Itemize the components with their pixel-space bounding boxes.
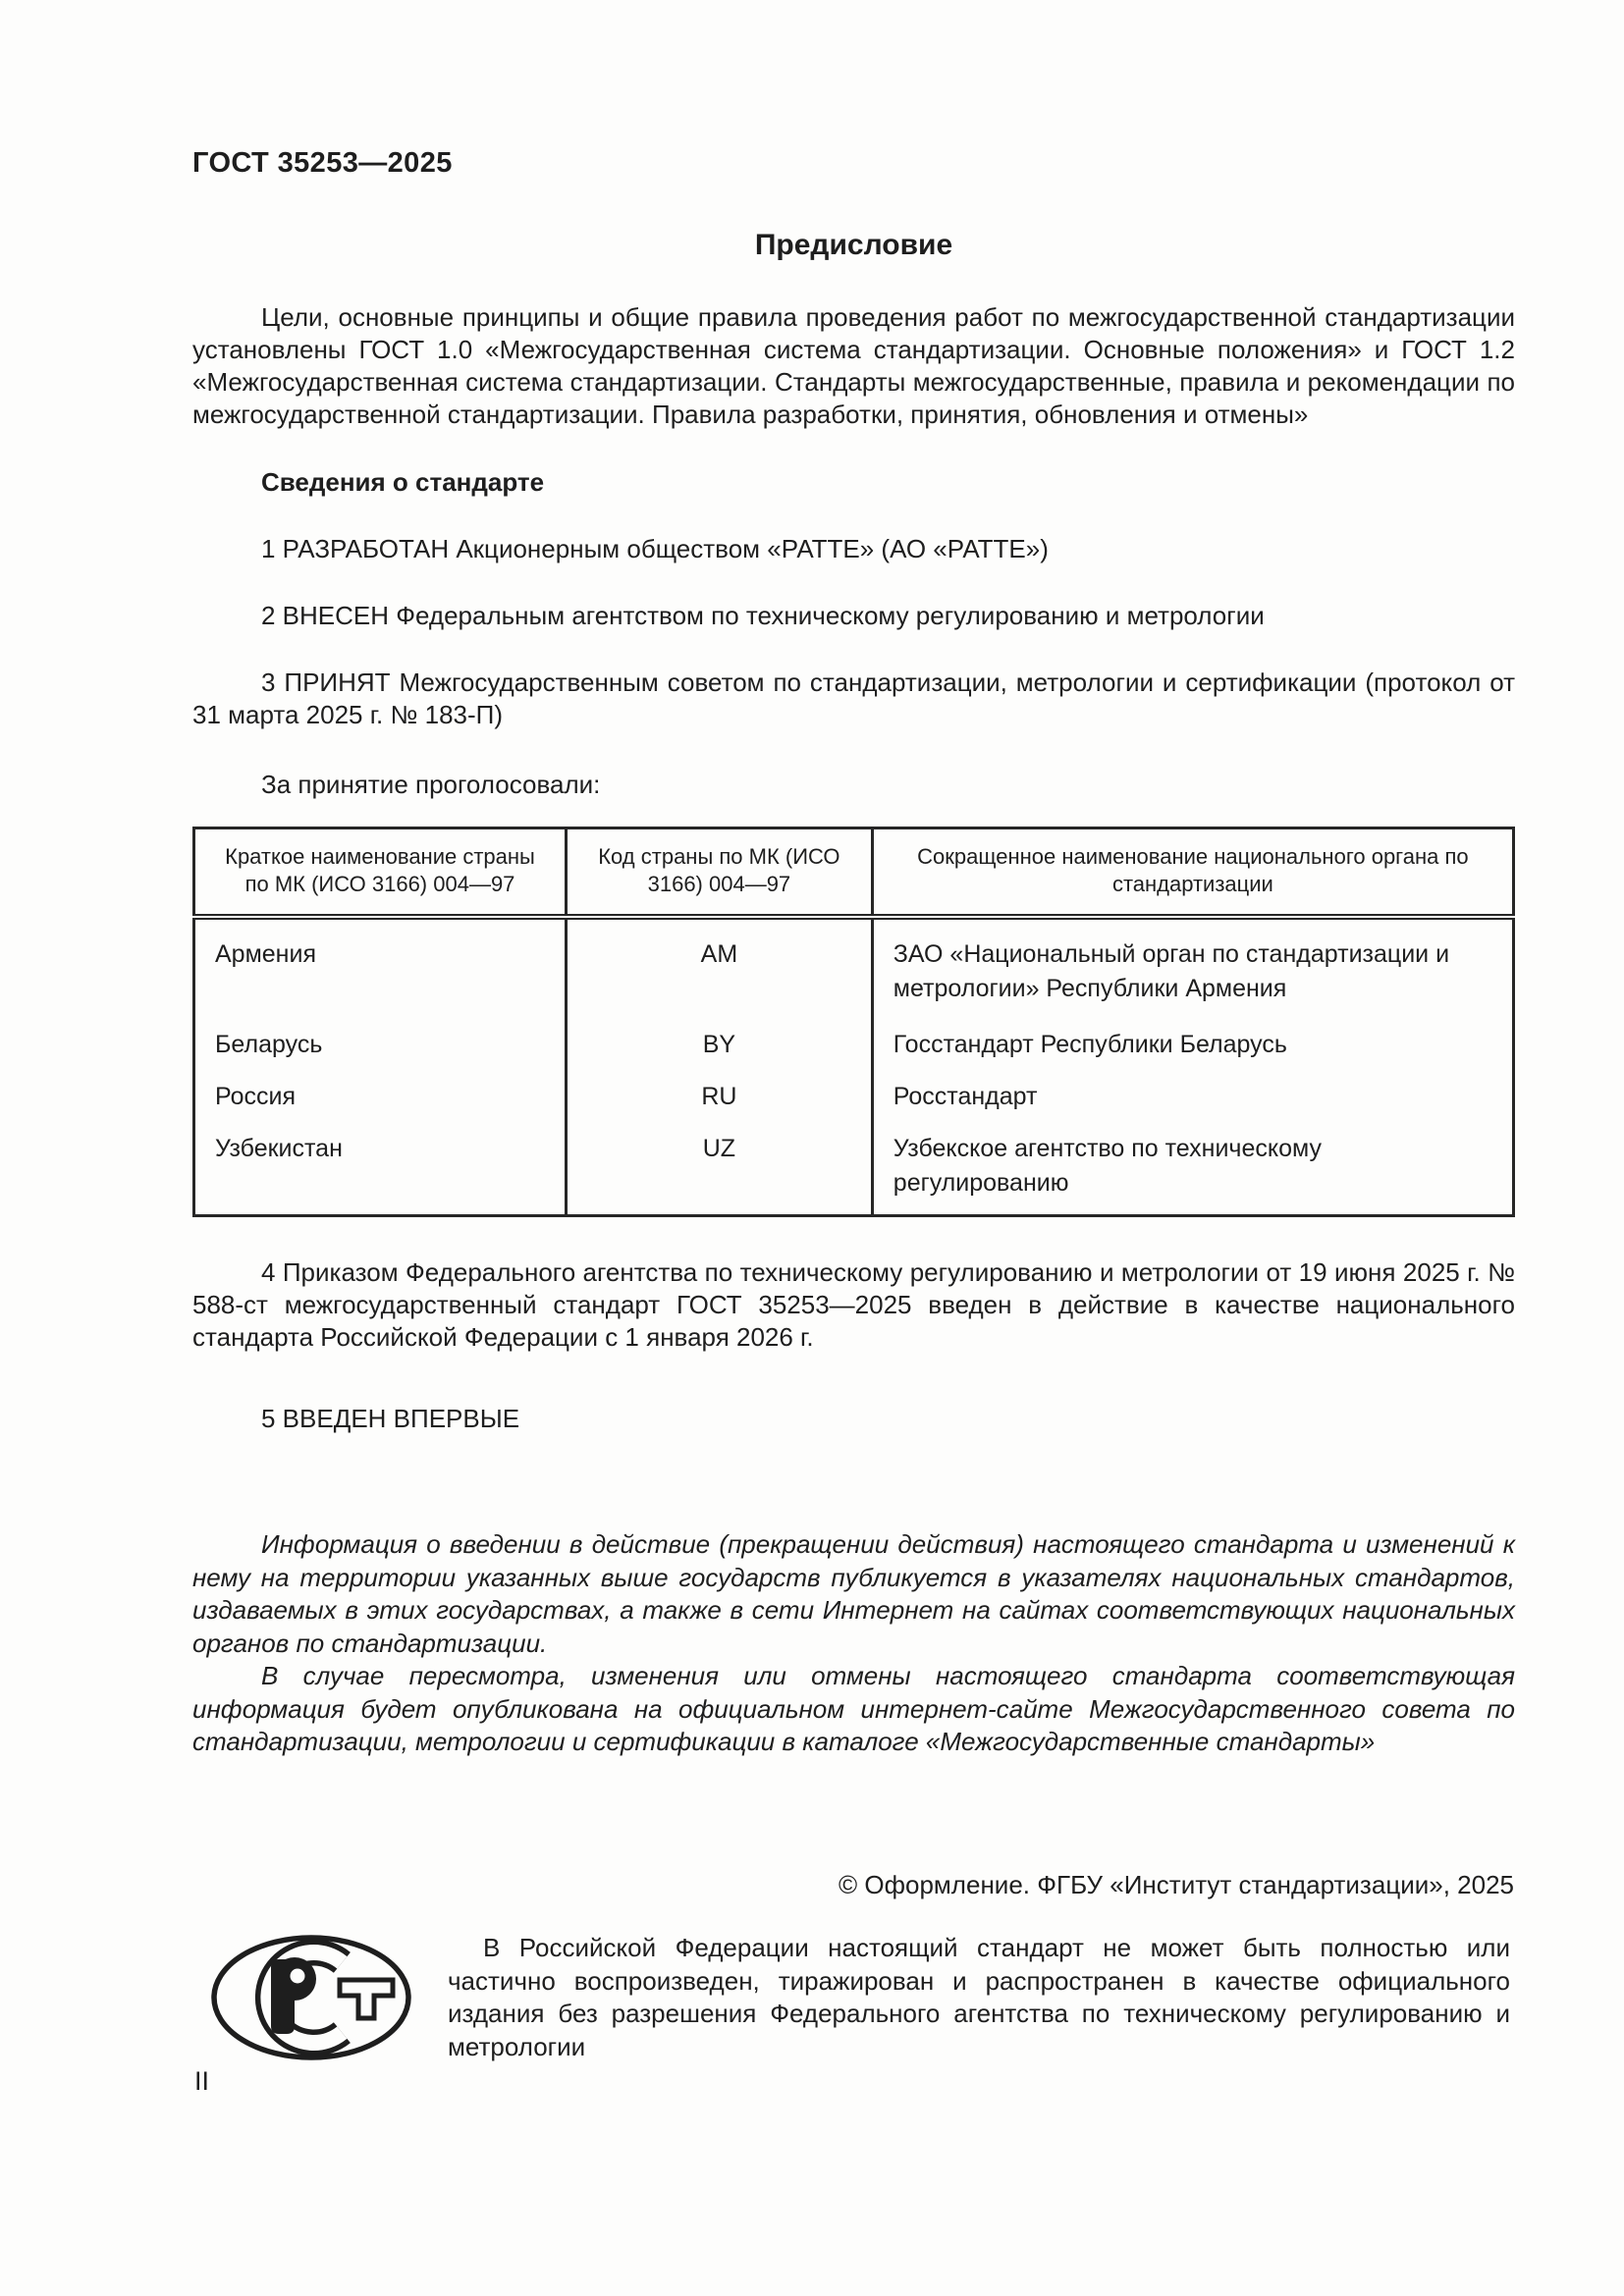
- first-introduced-item: 5 ВВЕДЕН ВПЕРВЫЕ: [192, 1403, 1515, 1435]
- header-country-column: Краткое наименование страны по МК (ИСО 3…: [194, 828, 567, 918]
- organ-cell: Узбекское агентство по техническому регу…: [872, 1132, 1513, 1216]
- revision-note: В случае пересмотра, изменения или отмен…: [192, 1660, 1515, 1759]
- table-row-uzbekistan: Узбекистан UZ Узбекское агентство по тех…: [194, 1132, 1514, 1216]
- country-cell: Армения: [194, 917, 567, 1028]
- submitted-item: 2 ВНЕСЕН Федеральным агентством по техни…: [192, 600, 1515, 632]
- code-cell: RU: [567, 1080, 873, 1132]
- rosstandart-rst-logo-icon: [208, 1932, 416, 2068]
- organ-cell: Госстандарт Республики Беларусь: [872, 1028, 1513, 1080]
- code-cell: UZ: [567, 1132, 873, 1216]
- country-cell: Беларусь: [194, 1028, 567, 1080]
- table-row-armenia: Армения AM ЗАО «Национальный орган по ст…: [194, 917, 1514, 1028]
- country-cell: Узбекистан: [194, 1132, 567, 1216]
- code-cell: BY: [567, 1028, 873, 1080]
- vote-table-header-row: Краткое наименование страны по МК (ИСО 3…: [194, 828, 1514, 918]
- reproduction-restriction: В Российской Федерации настоящий стандар…: [448, 1932, 1510, 2063]
- vote-table: Краткое наименование страны по МК (ИСО 3…: [192, 827, 1515, 1217]
- publication-note: Информация о введении в действие (прекра…: [192, 1528, 1515, 1660]
- header-organ-column: Сокращенное наименование национального о…: [872, 828, 1513, 918]
- table-row-belarus: Беларусь BY Госстандарт Республики Белар…: [194, 1028, 1514, 1080]
- doc-code-header: ГОСТ 35253—2025: [192, 147, 1515, 180]
- country-cell: Россия: [194, 1080, 567, 1132]
- rst-logo-svg: [208, 1932, 414, 2063]
- page-title: Предисловие: [192, 229, 1515, 262]
- copyright-line: © Оформление. ФГБУ «Институт стандартиза…: [839, 1870, 1514, 1900]
- code-cell: AM: [567, 917, 873, 1028]
- header-code-column: Код страны по МК (ИСО 3166) 004—97: [567, 828, 873, 918]
- adopted-item: 3 ПРИНЯТ Межгосударственным советом по с…: [192, 667, 1515, 731]
- intro-paragraph: Цели, основные принципы и общие правила …: [192, 301, 1515, 431]
- vote-intro: За принятие проголосовали:: [192, 769, 1515, 801]
- page-content: ГОСТ 35253—2025 Предисловие Цели, основн…: [192, 147, 1515, 1759]
- publication-notes: Информация о введении в действие (прекра…: [192, 1528, 1515, 1759]
- footer-row: В Российской Федерации настоящий стандар…: [208, 1932, 1516, 2068]
- standard-info-heading: Сведения о стандарте: [192, 466, 1515, 499]
- organ-cell: ЗАО «Национальный орган по стандартизаци…: [872, 917, 1513, 1028]
- document-page: ГОСТ 35253—2025 Предисловие Цели, основн…: [0, 0, 1624, 2296]
- page-number: II: [194, 2066, 209, 2097]
- organ-cell: Росстандарт: [872, 1080, 1513, 1132]
- developed-item: 1 РАЗРАБОТАН Акционерным обществом «РАТТ…: [192, 533, 1515, 565]
- enacted-item: 4 Приказом Федерального агентства по тех…: [192, 1256, 1515, 1354]
- table-row-russia: Россия RU Росстандарт: [194, 1080, 1514, 1132]
